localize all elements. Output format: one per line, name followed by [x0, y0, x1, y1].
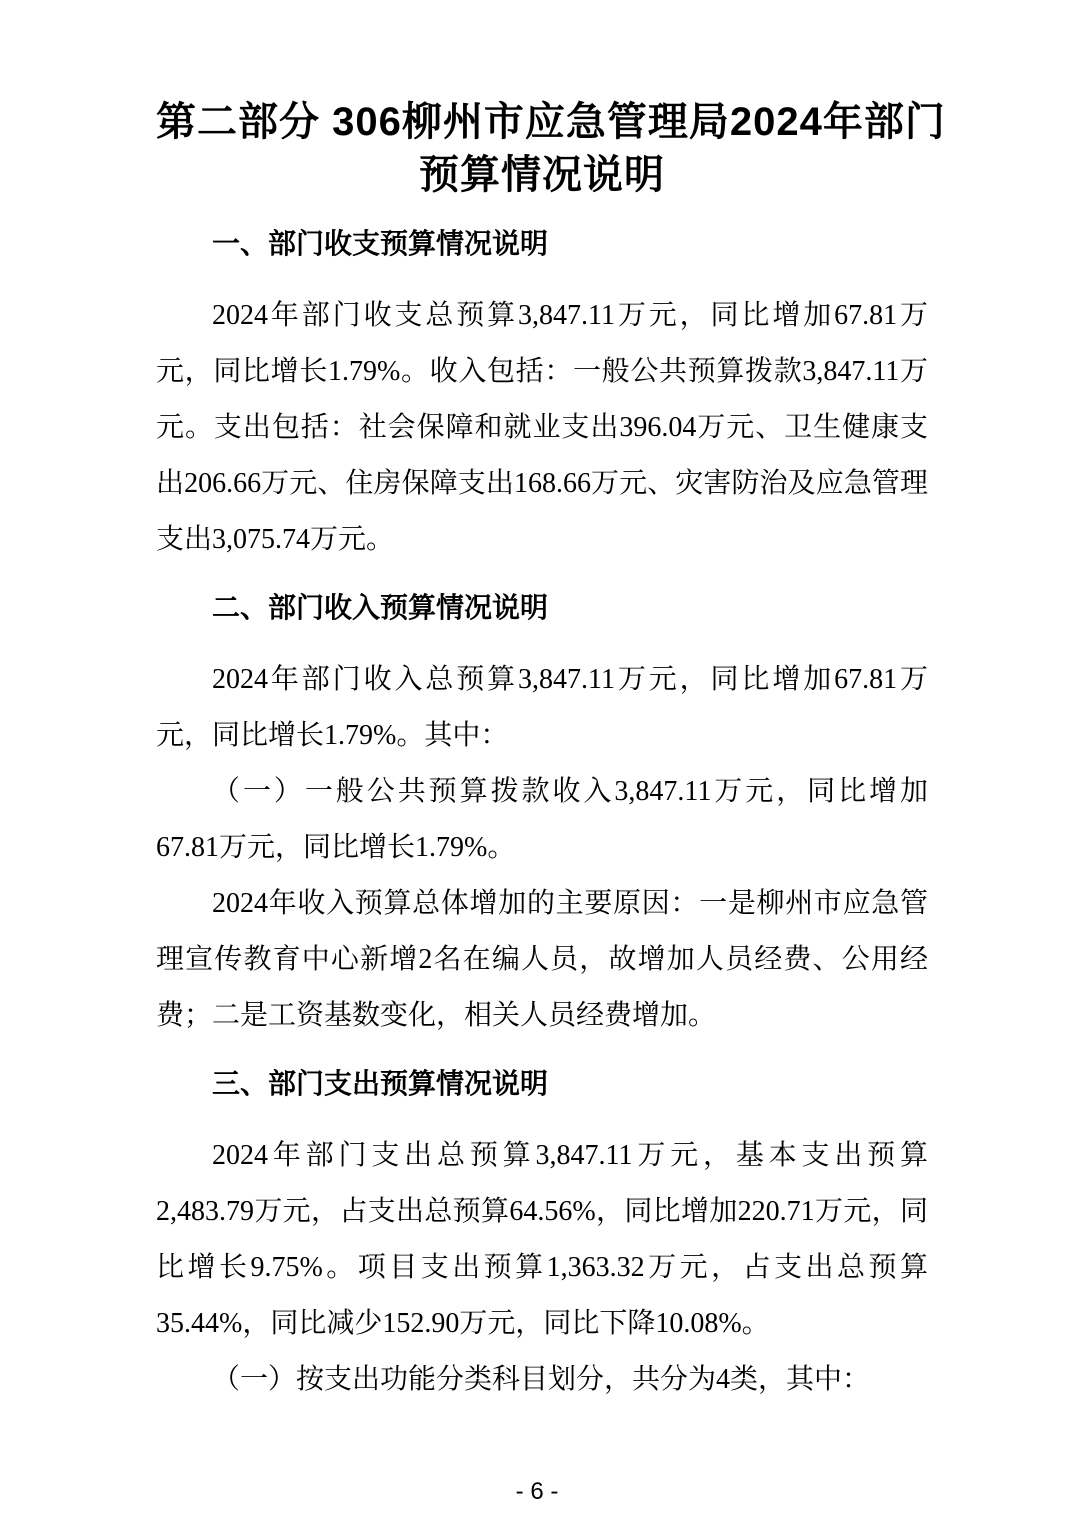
- section-heading-expenditure: 三、部门支出预算情况说明: [156, 1056, 928, 1112]
- paragraph-income-general-budget: （一）一般公共预算拨款收入3,847.11万元，同比增加67.81万元，同比增长…: [156, 764, 928, 876]
- section-heading-income-expenditure: 一、部门收支预算情况说明: [156, 216, 928, 272]
- page-number: - 6 -: [0, 1478, 1074, 1506]
- document-title: 第二部分 306柳州市应急管理局2024年部门 预算情况说明: [156, 0, 928, 202]
- document-title-line-2: 预算情况说明: [156, 149, 928, 202]
- paragraph-expenditure-classification: （一）按支出功能分类科目划分，共分为4类，其中：: [156, 1352, 928, 1408]
- section-heading-income: 二、部门收入预算情况说明: [156, 580, 928, 636]
- paragraph-expenditure-total: 2024年部门支出总预算3,847.11万元，基本支出预算2,483.79万元，…: [156, 1128, 928, 1352]
- document-content: 第二部分 306柳州市应急管理局2024年部门 预算情况说明 一、部门收支预算情…: [0, 0, 1074, 1408]
- paragraph-income-total: 2024年部门收入总预算3,847.11万元，同比增加67.81万元，同比增长1…: [156, 652, 928, 764]
- document-page: 第二部分 306柳州市应急管理局2024年部门 预算情况说明 一、部门收支预算情…: [0, 0, 1074, 1520]
- paragraph-income-increase-reason: 2024年收入预算总体增加的主要原因：一是柳州市应急管理宣传教育中心新增2名在编…: [156, 876, 928, 1044]
- document-title-line-1: 第二部分 306柳州市应急管理局2024年部门: [156, 96, 928, 149]
- paragraph-total-budget: 2024年部门收支总预算3,847.11万元，同比增加67.81万元，同比增长1…: [156, 288, 928, 568]
